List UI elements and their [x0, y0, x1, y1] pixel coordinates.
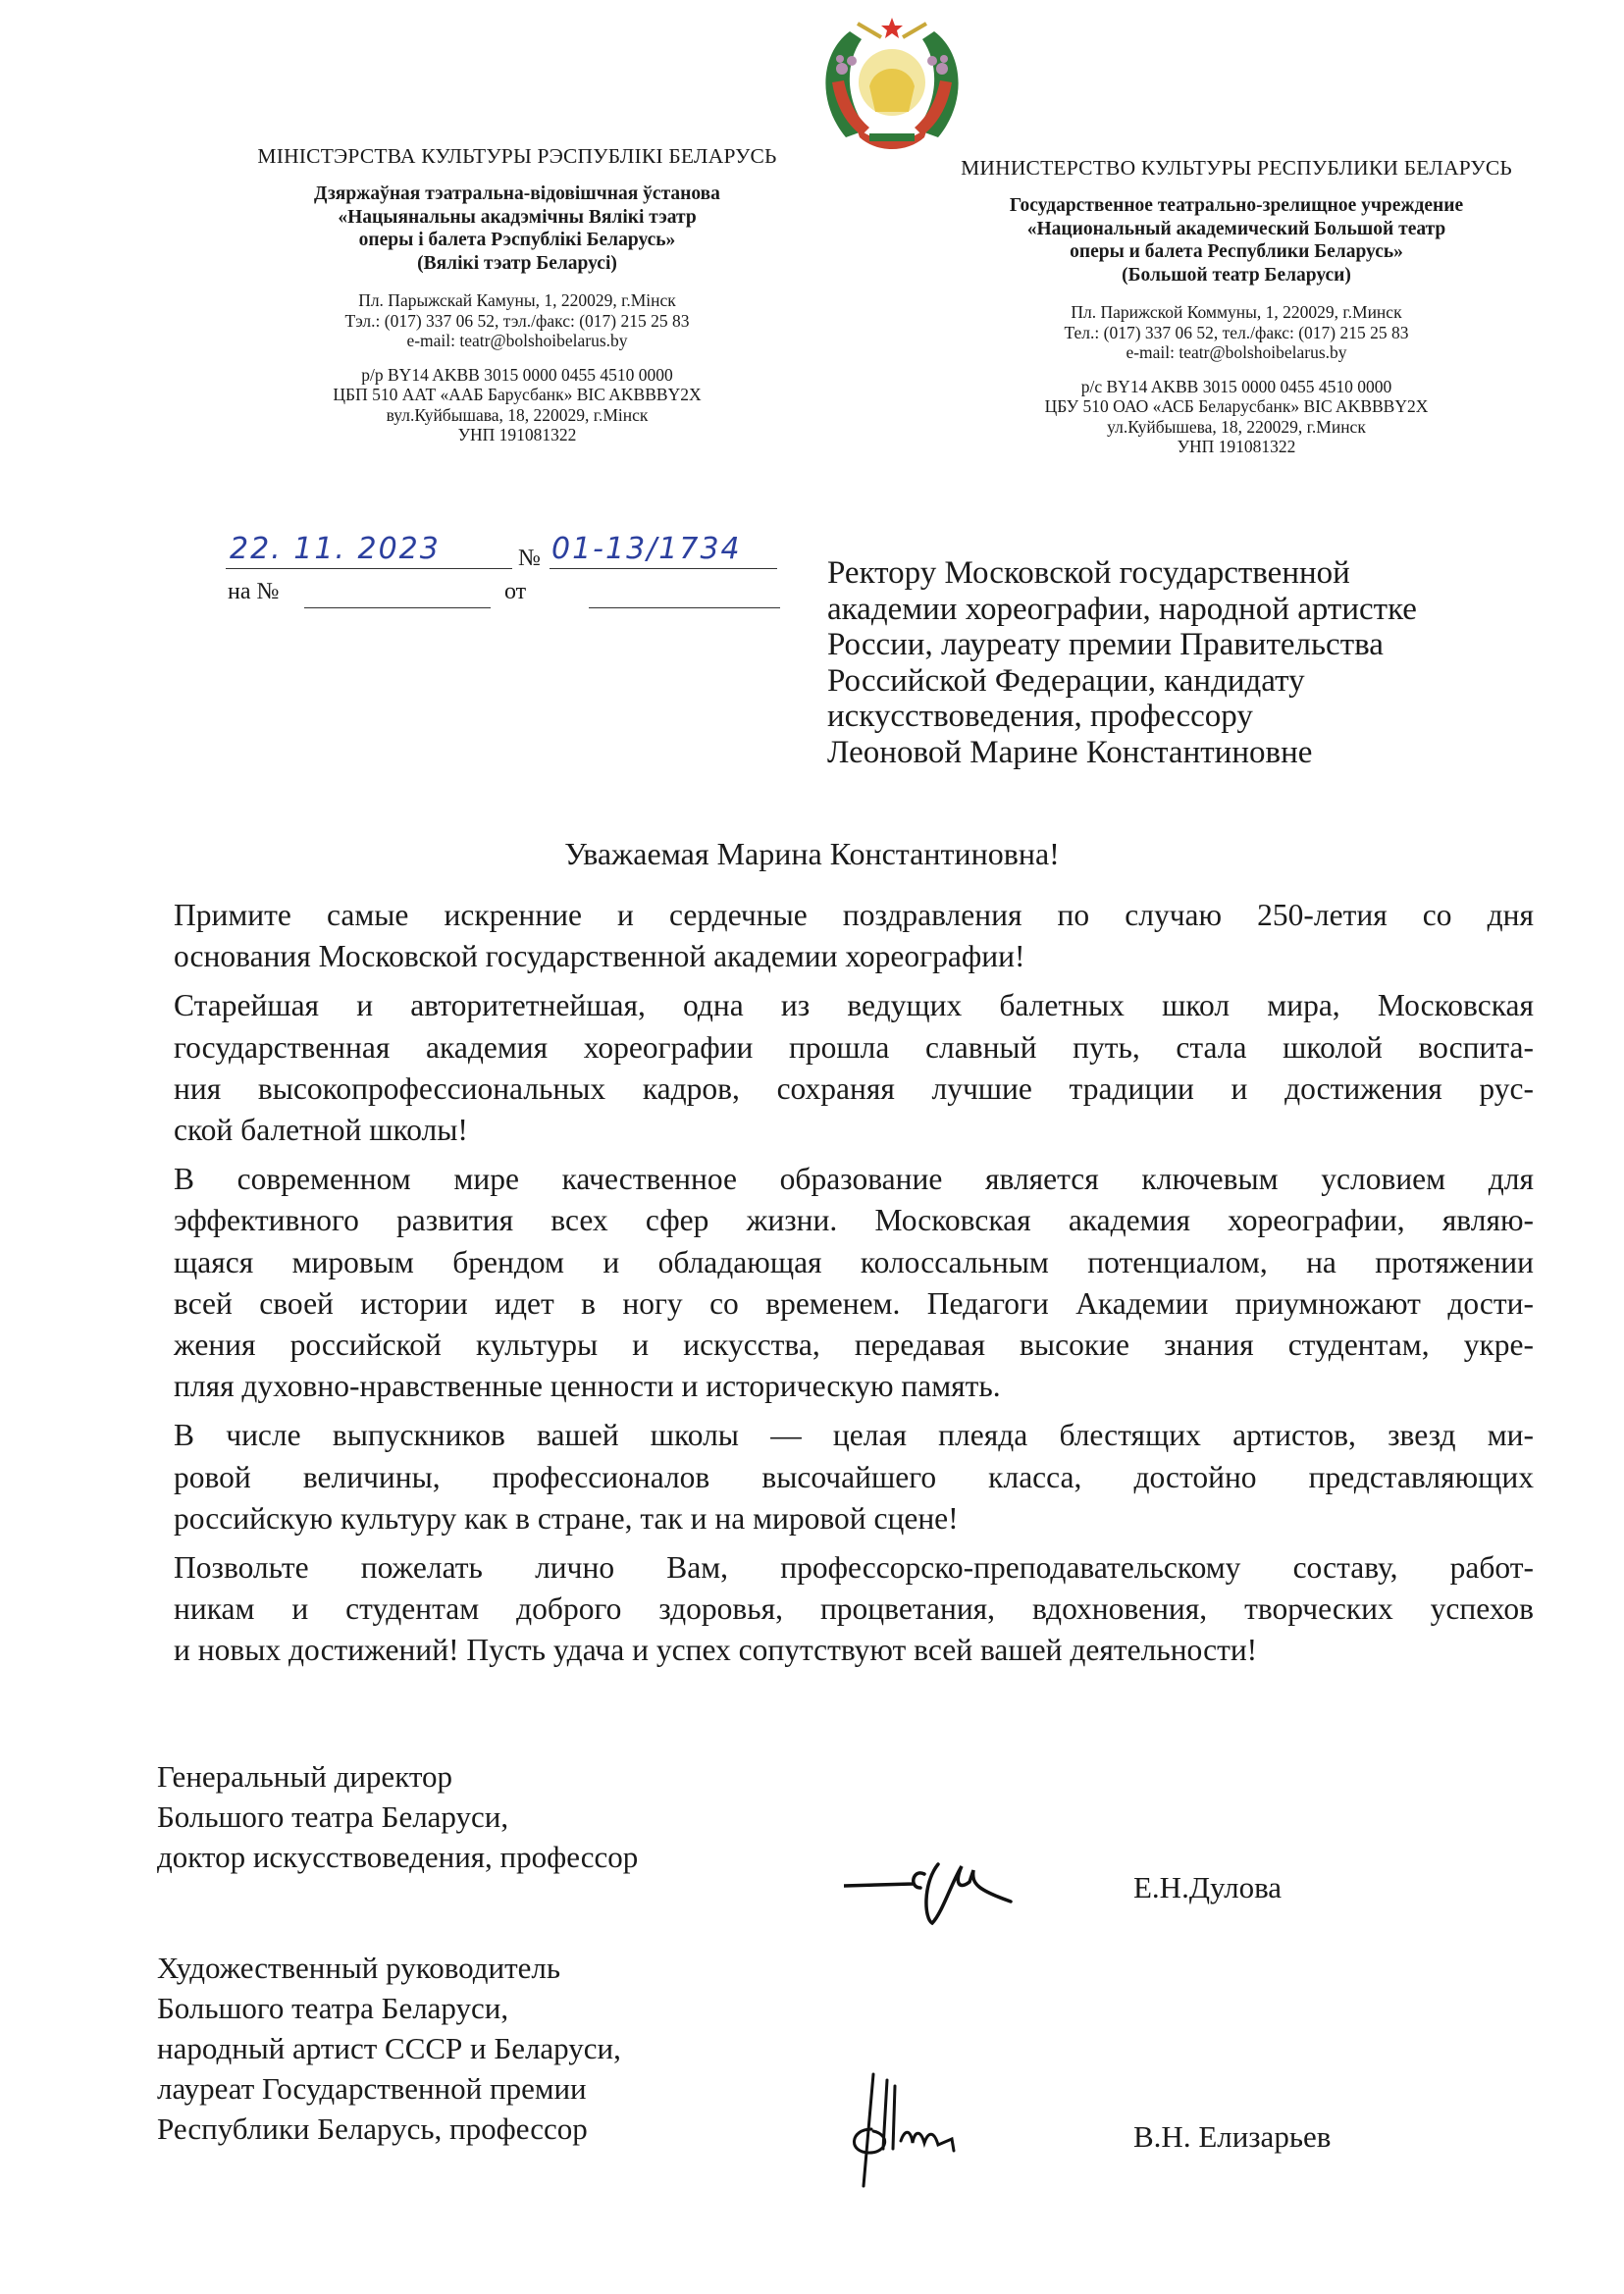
handwritten-date: 22. 11. 2023: [230, 532, 441, 566]
number-label: №: [518, 546, 541, 572]
recipient-block: Ректору Московской государственной акаде…: [827, 555, 1573, 770]
registration-block: 22. 11. 2023 № 01-13/1734 на № от: [206, 518, 814, 616]
organization-name: Дзяржаўная тэатральна-відовішчная ўстано…: [218, 182, 816, 275]
date-field: 22. 11. 2023: [226, 534, 512, 569]
from-label: от: [504, 579, 526, 605]
paragraph: Примите самые искренние и сердечные позд…: [150, 895, 1534, 977]
letter-body: Примите самые искренние и сердечные позд…: [150, 895, 1534, 1680]
ministry-name: МИНИСТЕРСТВО КУЛЬТУРЫ РЕСПУБЛИКИ БЕЛАРУС…: [927, 155, 1545, 181]
signatory-title-general-director: Генеральный директор Большого театра Бел…: [157, 1756, 638, 1877]
outgoing-number-field: 01-13/1734: [550, 534, 777, 569]
organization-name: Государственное театрально-зрелищное учр…: [927, 194, 1545, 287]
salutation: Уважаемая Марина Константиновна!: [0, 836, 1624, 872]
bank-details: р/р BY14 AKBB 3015 0000 0455 4510 0000 Ц…: [218, 365, 816, 445]
email-text: e-mail: teatr@bolshoibelarus.by: [218, 331, 816, 351]
reference-number-field: [304, 577, 491, 608]
letterhead-russian: МИНИСТЕРСТВО КУЛЬТУРЫ РЕСПУБЛИКИ БЕЛАРУС…: [927, 155, 1545, 457]
signatory-title-artistic-director: Художественный руководитель Большого теа…: [157, 1948, 621, 2149]
signatory-name: В.Н. Елизарьев: [1133, 2119, 1331, 2155]
bank-details: р/с BY14 AKBB 3015 0000 0455 4510 0000 Ц…: [927, 377, 1545, 457]
contact-info: Пл. Парыжскай Камуны, 1, 220029, г.Мінск…: [218, 290, 816, 351]
handwritten-signature-icon: [844, 1845, 1158, 1933]
ministry-name: МІНІСТЭРСТВА КУЛЬТУРЫ РЭСПУБЛІКІ БЕЛАРУС…: [218, 143, 816, 169]
letterhead-belarusian: МІНІСТЭРСТВА КУЛЬТУРЫ РЭСПУБЛІКІ БЕЛАРУС…: [218, 143, 816, 445]
paragraph: Старейшая и авторитетнейшая, одна из вед…: [150, 985, 1534, 1151]
paragraph: Позвольте пожелать лично Вам, профессорс…: [150, 1547, 1534, 1672]
reference-date-field: [589, 577, 780, 608]
handwritten-number: 01-13/1734: [551, 532, 742, 566]
paragraph: В современном мире качественное образова…: [150, 1159, 1534, 1407]
paragraph: В числе выпускников вашей школы — целая …: [150, 1415, 1534, 1539]
signatory-name: Е.Н.Дулова: [1133, 1870, 1282, 1905]
reference-number-label: на №: [228, 579, 279, 605]
contact-info: Пл. Парижской Коммуны, 1, 220029, г.Минс…: [927, 302, 1545, 363]
state-emblem-icon: [811, 4, 973, 151]
handwritten-signature-icon: [844, 2070, 1060, 2188]
email-text: e-mail: teatr@bolshoibelarus.by: [927, 342, 1545, 363]
